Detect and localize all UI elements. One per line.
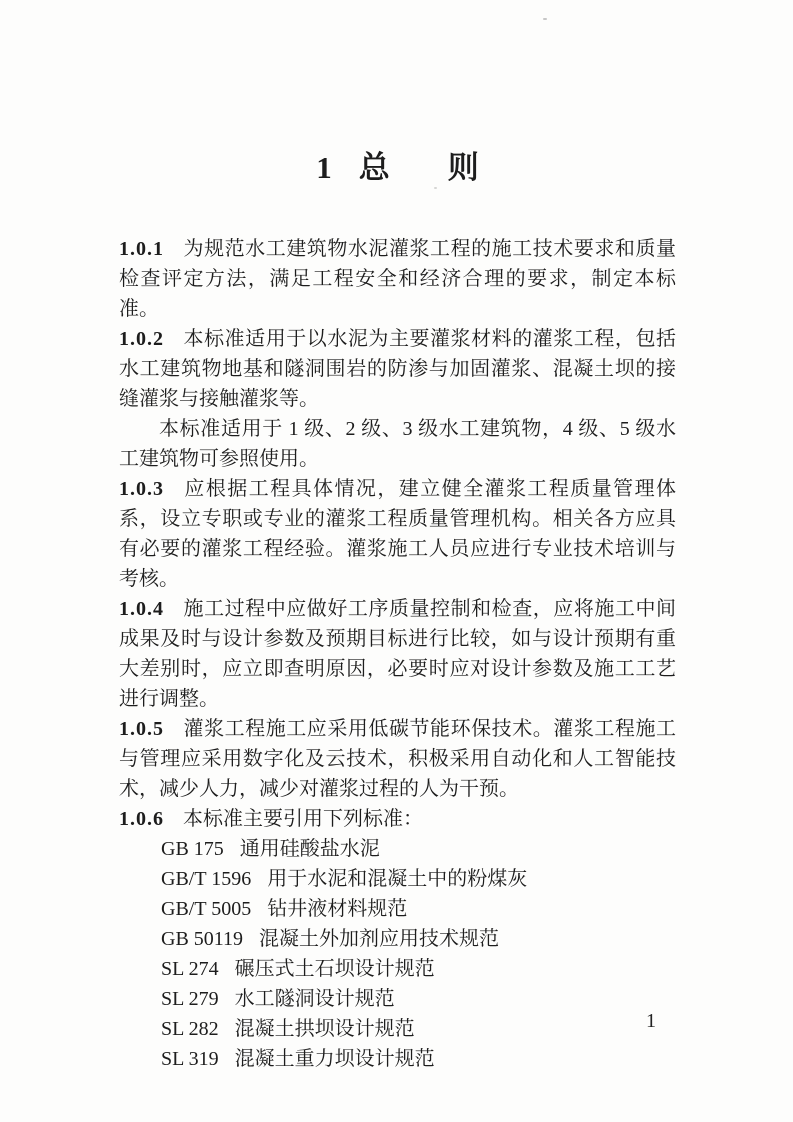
clause-text: 本标准主要引用下列标准： [183,808,423,830]
clause-1-0-5: 1.0.5灌浆工程施工应采用低碳节能环保技术。灌浆工程施工与管理应采用数字化及云… [119,714,676,804]
clause-1-0-6: 1.0.6本标准主要引用下列标准： [119,804,676,834]
clause-1-0-2-extra-paragraph: 本标准适用于 1 级、2 级、3 级水工建筑物，4 级、5 级水工建筑物可参照使… [119,414,676,474]
clause-text: 施工过程中应做好工序质量控制和检查，应将施工中间成果及时与设计参数及预期目标进行… [119,598,676,710]
referenced-standards-list: GB 175通用硅酸盐水泥 GB/T 1596用于水泥和混凝土中的粉煤灰 GB/… [119,834,676,1074]
clause-text: 为规范水工建筑物水泥灌浆工程的施工技术要求和质量检查评定方法，满足工程安全和经济… [119,238,676,320]
standard-item: GB/T 5005钻井液材料规范 [161,894,676,924]
standard-name: 用于水泥和混凝土中的粉煤灰 [267,868,527,890]
chapter-title: 1总则 [119,148,676,188]
standard-code: GB 175 [161,838,224,860]
scan-artifact [543,18,547,20]
clause-text: 本标准适用于以水泥为主要灌浆材料的灌浆工程，包括水工建筑物地基和隧洞围岩的防渗与… [119,328,676,410]
standard-name: 混凝土重力坝设计规范 [235,1048,435,1070]
standard-code: SL 274 [161,958,219,980]
standard-name: 碾压式土石坝设计规范 [235,958,435,980]
clause-number: 1.0.3 [119,478,164,500]
clause-text: 灌浆工程施工应采用低碳节能环保技术。灌浆工程施工与管理应采用数字化及云技术，积极… [119,718,676,800]
standard-code: SL 319 [161,1048,219,1070]
standard-code: SL 279 [161,988,219,1010]
clause-number: 1.0.4 [119,598,164,620]
clause-1-0-2: 1.0.2本标准适用于以水泥为主要灌浆材料的灌浆工程，包括水工建筑物地基和隧洞围… [119,324,676,414]
standard-name: 混凝土拱坝设计规范 [235,1018,415,1040]
chapter-number: 1 [316,150,332,185]
standard-code: GB/T 5005 [161,898,251,920]
clause-number: 1.0.1 [119,238,164,260]
standard-name: 通用硅酸盐水泥 [240,838,380,860]
standard-item: SL 282混凝土拱坝设计规范 [161,1014,676,1044]
standard-name: 钻井液材料规范 [267,898,407,920]
clause-1-0-1: 1.0.1为规范水工建筑物水泥灌浆工程的施工技术要求和质量检查评定方法，满足工程… [119,234,676,324]
standard-item: SL 319混凝土重力坝设计规范 [161,1044,676,1074]
clause-number: 1.0.6 [119,808,164,830]
standard-code: GB 50119 [161,928,243,950]
body-text: 1.0.1为规范水工建筑物水泥灌浆工程的施工技术要求和质量检查评定方法，满足工程… [119,234,676,1074]
standard-item: GB 50119混凝土外加剂应用技术规范 [161,924,676,954]
standard-item: SL 279水工隧洞设计规范 [161,984,676,1014]
clause-1-0-4: 1.0.4施工过程中应做好工序质量控制和检查，应将施工中间成果及时与设计参数及预… [119,594,676,714]
standard-item: GB/T 1596用于水泥和混凝土中的粉煤灰 [161,864,676,894]
standard-item: GB 175通用硅酸盐水泥 [161,834,676,864]
standard-code: GB/T 1596 [161,868,251,890]
standard-code: SL 282 [161,1018,219,1040]
clause-number: 1.0.5 [119,718,164,740]
chapter-title-word-1: 总 [359,150,390,185]
clause-text: 应根据工程具体情况，建立健全灌浆工程质量管理体系，设立专职或专业的灌浆工程质量管… [119,478,676,590]
clause-number: 1.0.2 [119,328,164,350]
clause-1-0-3: 1.0.3应根据工程具体情况，建立健全灌浆工程质量管理体系，设立专职或专业的灌浆… [119,474,676,594]
page-content: 1总则 1.0.1为规范水工建筑物水泥灌浆工程的施工技术要求和质量检查评定方法，… [119,148,676,1074]
chapter-title-word-2: 则 [448,150,479,185]
standard-item: SL 274碾压式土石坝设计规范 [161,954,676,984]
standard-name: 混凝土外加剂应用技术规范 [259,928,499,950]
standard-name: 水工隧洞设计规范 [235,988,395,1010]
page-number: 1 [646,1008,656,1034]
document-page: 1总则 1.0.1为规范水工建筑物水泥灌浆工程的施工技术要求和质量检查评定方法，… [0,0,793,1122]
